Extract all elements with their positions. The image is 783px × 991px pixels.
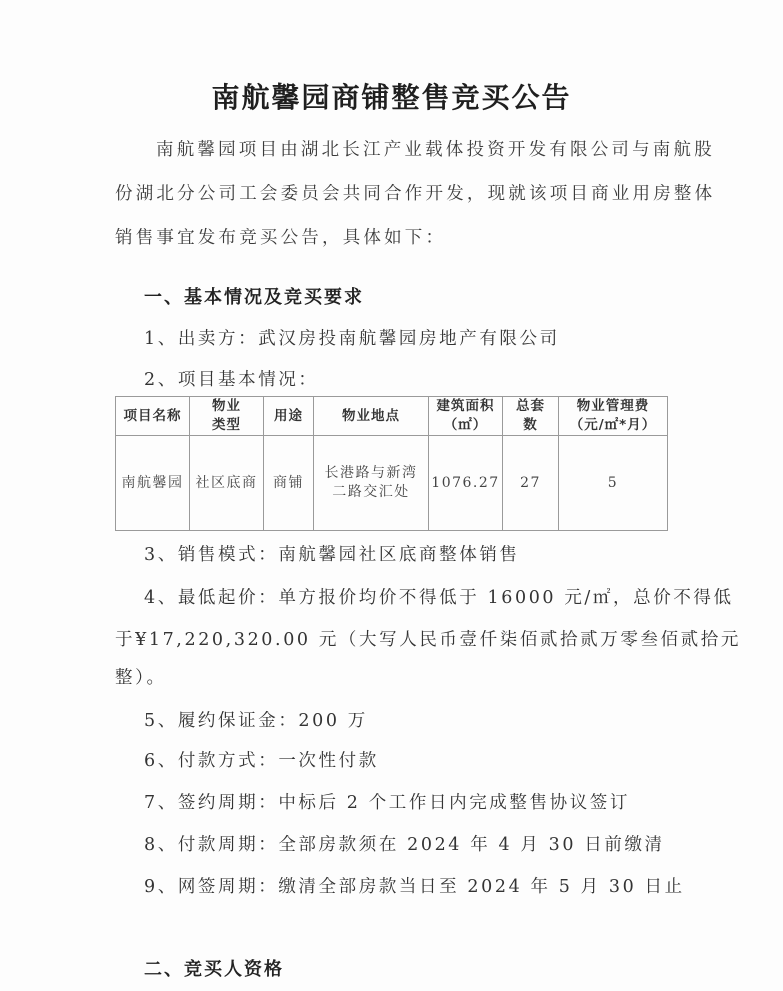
item-min-price-line-1: 4、最低起价：单方报价均价不得低于 16000 元/㎡，总价不得低 <box>144 584 734 609</box>
item-signing-period: 7、签约周期：中标后 2 个工作日内完成整售协议签订 <box>144 789 630 814</box>
item-sales-mode: 3、销售模式：南航馨园社区底商整体销售 <box>144 541 520 566</box>
document-title: 南航馨园商铺整售竞买公告 <box>0 76 783 116</box>
cell-management-fee: 5 <box>559 436 668 531</box>
cell-project-name: 南航馨园 <box>116 436 190 531</box>
cell-location: 长港路与新湾二路交汇处 <box>314 436 429 531</box>
cell-usage: 商铺 <box>264 436 314 531</box>
intro-line-3: 销售事宜发布竞买公告，具体如下： <box>115 224 446 249</box>
cell-property-type: 社区底商 <box>190 436 264 531</box>
cell-area: 1076.27 <box>429 436 503 531</box>
col-header-total-units: 总套数 <box>503 397 559 436</box>
col-header-area: 建筑面积（㎡） <box>429 397 503 436</box>
intro-line-1: 南航馨园项目由湖北长江产业载体投资开发有限公司与南航股 <box>156 136 715 161</box>
item-seller: 1、出卖方：武汉房投南航馨园房地产有限公司 <box>144 325 560 350</box>
intro-line-2: 份湖北分公司工会委员会共同合作开发，现就该项目商业用房整体 <box>115 180 715 205</box>
item-payment-method: 6、付款方式：一次性付款 <box>144 747 379 772</box>
section-heading-bidder-qualification: 二、竞买人资格 <box>144 955 284 981</box>
item-min-price-line-2: 于¥17,220,320.00 元（大写人民币壹仟柒佰贰拾贰万零叁佰贰拾元 <box>115 626 741 651</box>
col-header-usage: 用途 <box>264 397 314 436</box>
item-project-info: 2、项目基本情况： <box>144 366 319 391</box>
table-header-row: 项目名称 物业类型 用途 物业地点 建筑面积（㎡） 总套数 物业管理费（元/㎡*… <box>116 397 668 436</box>
col-header-property-type: 物业类型 <box>190 397 264 436</box>
item-deposit: 5、履约保证金：200 万 <box>144 707 368 732</box>
project-info-table: 项目名称 物业类型 用途 物业地点 建筑面积（㎡） 总套数 物业管理费（元/㎡*… <box>115 396 668 531</box>
section-heading-basic-info: 一、基本情况及竞买要求 <box>144 283 364 309</box>
item-payment-period: 8、付款周期：全部房款须在 2024 年 4 月 30 日前缴清 <box>144 831 665 856</box>
table-row: 南航馨园 社区底商 商铺 长港路与新湾二路交汇处 1076.27 27 5 <box>116 436 668 531</box>
col-header-management-fee: 物业管理费（元/㎡*月） <box>559 397 668 436</box>
cell-total-units: 27 <box>503 436 559 531</box>
item-min-price-line-3: 整）。 <box>115 664 167 689</box>
item-online-signing-period: 9、网签周期：缴清全部房款当日至 2024 年 5 月 30 日止 <box>144 873 685 898</box>
col-header-location: 物业地点 <box>314 397 429 436</box>
col-header-project-name: 项目名称 <box>116 397 190 436</box>
